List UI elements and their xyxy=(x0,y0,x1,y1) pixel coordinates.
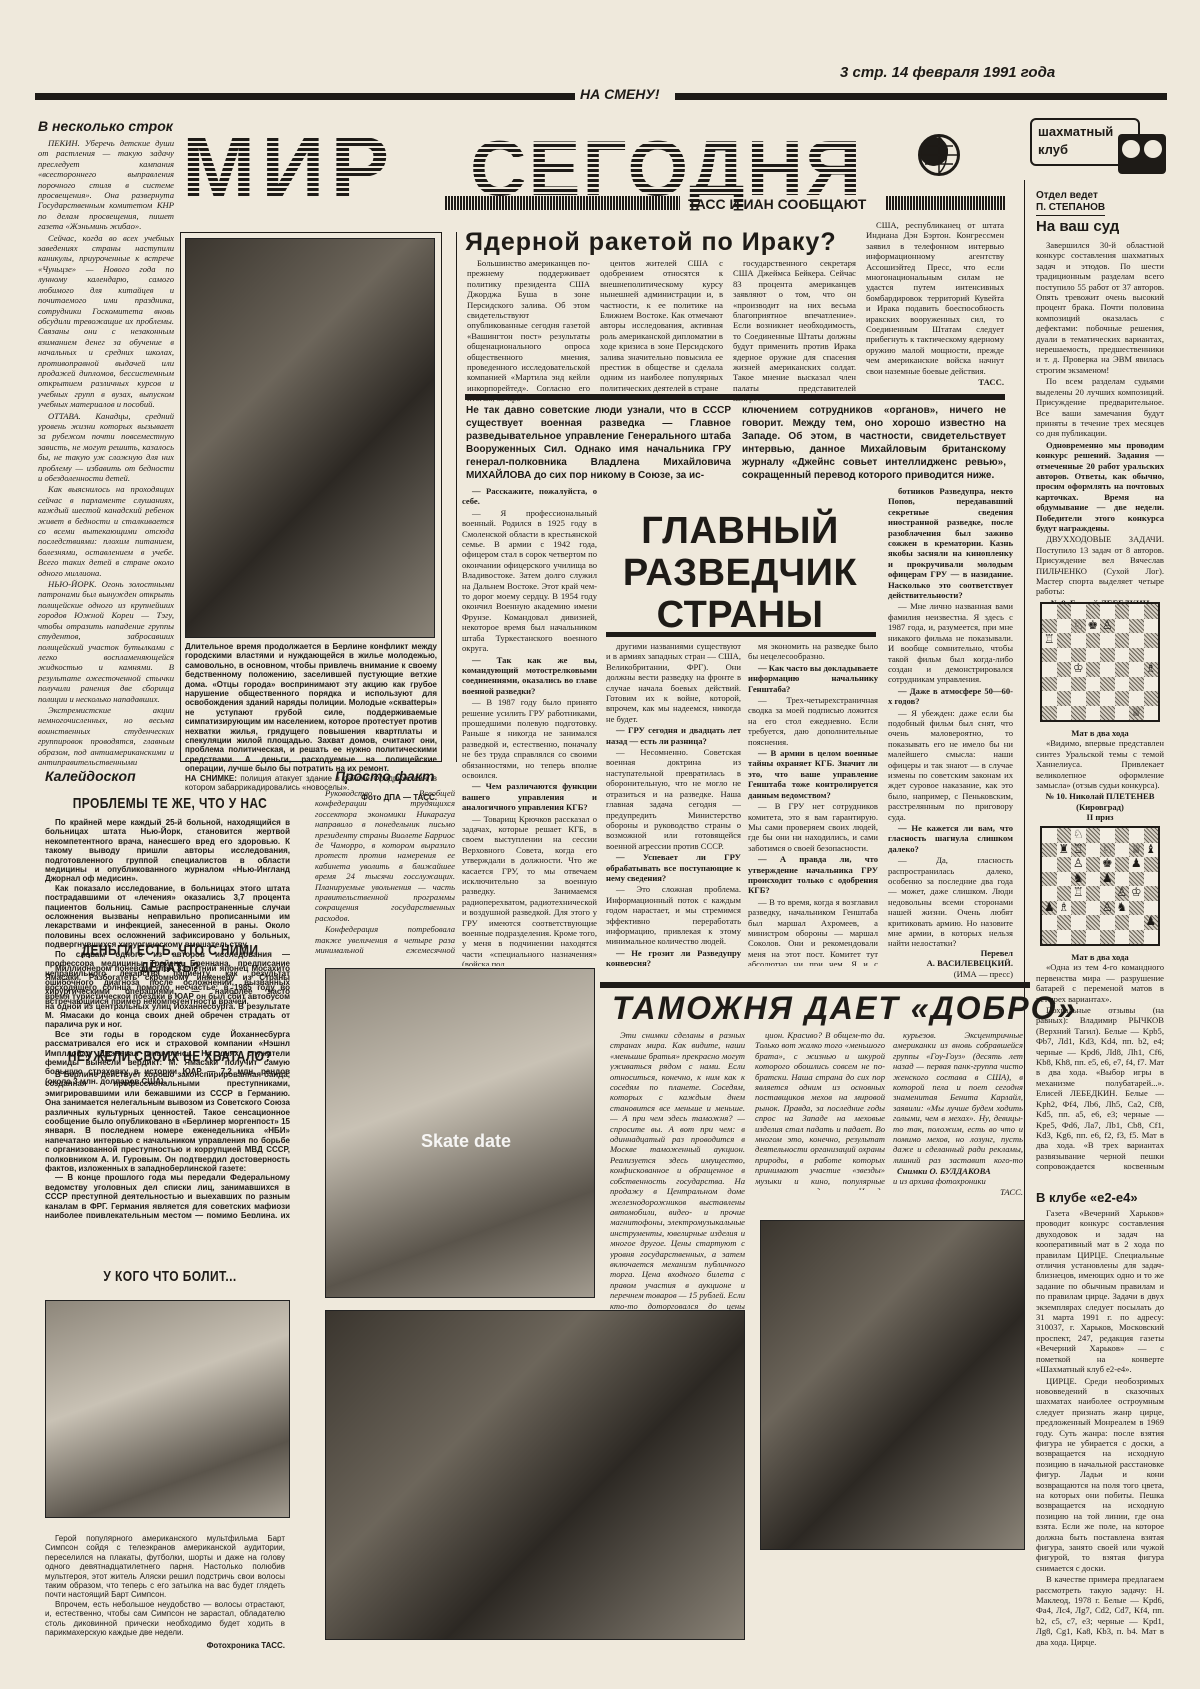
chess-square: ♔ xyxy=(1071,662,1086,677)
chess-square xyxy=(1129,691,1144,706)
chess-square xyxy=(1057,677,1072,692)
chess-square: ♜ xyxy=(1057,843,1072,858)
customs-col-1: Эти снимки сделаны в разных странах мира… xyxy=(610,1030,745,1350)
gru-headline: ГЛАВНЫЙ РАЗВЕДЧИК СТРАНЫ xyxy=(600,510,880,636)
chess-square xyxy=(1086,828,1101,843)
chess-square xyxy=(1042,872,1057,887)
chess-square xyxy=(1115,619,1130,634)
man-with-horse-photo xyxy=(325,1310,745,1640)
iraq-col-2: центов жителей США с одобрением относятс… xyxy=(600,258,723,394)
berlin-frame xyxy=(180,232,442,762)
chess-diagram-1: ♘♚♙♖♔♗♕ xyxy=(1040,602,1160,722)
chess-square: ♗ xyxy=(1144,662,1159,677)
chess-square xyxy=(1057,619,1072,634)
chess-square xyxy=(1144,604,1159,619)
woman-in-fur-photo xyxy=(760,1220,1025,1550)
kal-text-4: Герой популярного американского мультфил… xyxy=(45,1534,285,1651)
gru-col-3: мя экономить на разведке было бы нецелес… xyxy=(748,641,878,966)
chess-title: На ваш суд xyxy=(1036,218,1119,235)
chess-square xyxy=(1129,828,1144,843)
girl-with-chimp-photo: Skate date xyxy=(325,968,595,1298)
kal-text-2: Миллионером поневоле стал 33-летний япон… xyxy=(45,964,290,1086)
just-fact-title: Просто факт xyxy=(335,768,434,784)
customs-credit: Снимки О. БУЛДАКОВА и из архива фотохрон… xyxy=(893,1166,1023,1197)
gru-col-4: ботников Разведупра, некто Попов, переда… xyxy=(888,486,1013,946)
chess-square xyxy=(1071,633,1086,648)
chess-square xyxy=(1071,901,1086,916)
chess-square xyxy=(1057,930,1072,945)
chess-square xyxy=(1115,648,1130,663)
chess-square xyxy=(1115,857,1130,872)
chess-square xyxy=(1057,828,1072,843)
chess-square xyxy=(1115,828,1130,843)
kal-headline-3: НЕУЖЕЛИ СВОИХ НЕ ХВАТАЛО? xyxy=(58,1048,282,1065)
chess-square xyxy=(1129,648,1144,663)
chess-square xyxy=(1086,648,1101,663)
chess-square xyxy=(1071,930,1086,945)
chess-square xyxy=(1086,857,1101,872)
chess-square xyxy=(1071,648,1086,663)
chess-square xyxy=(1042,828,1057,843)
chess-square xyxy=(1042,843,1057,858)
customs-top-rule xyxy=(600,982,1030,988)
chess-editor-label: Отдел ведет xyxy=(1036,190,1098,201)
chess-square xyxy=(1071,706,1086,721)
chess-square xyxy=(1042,930,1057,945)
chess-square xyxy=(1042,915,1057,930)
chess-square xyxy=(1144,930,1159,945)
chess-square xyxy=(1129,677,1144,692)
chess-square: ♖ xyxy=(1071,886,1086,901)
chess-square: ♘ xyxy=(1071,619,1086,634)
iraq-col-1: Большинство американцев по-прежнему подд… xyxy=(467,258,590,405)
chess-square xyxy=(1042,857,1057,872)
chess-square xyxy=(1042,662,1057,677)
chess-square xyxy=(1057,857,1072,872)
page-info: 3 стр. 14 февраля 1991 года xyxy=(840,64,1055,81)
chess-square: ♖ xyxy=(1042,633,1057,648)
chess-square xyxy=(1057,691,1072,706)
kaleidoscope-title: Калейдоскоп xyxy=(45,768,136,784)
chess-square xyxy=(1100,828,1115,843)
kal-headline-1: ПРОБЛЕМЫ ТЕ ЖЕ, ЧТО У НАС xyxy=(58,795,282,812)
chess-square xyxy=(1071,604,1086,619)
chess-square: ♘ xyxy=(1071,828,1086,843)
column-divider xyxy=(456,232,457,762)
chess-square xyxy=(1100,930,1115,945)
chess-square xyxy=(1086,662,1101,677)
chess-square: ♕ xyxy=(1129,843,1144,858)
chess-square xyxy=(1144,901,1159,916)
subtitle-bar-left xyxy=(445,196,680,210)
gru-col-1: — Расскажите, пожалуйста, о себе. — Я пр… xyxy=(462,486,597,966)
chess-square xyxy=(1100,886,1115,901)
just-fact-text: Руководство Всеобщей конфедерации трудящ… xyxy=(315,788,455,958)
chess-square xyxy=(1144,857,1159,872)
chess-square xyxy=(1042,619,1057,634)
chess-square: ♟ xyxy=(1042,901,1057,916)
chess-square xyxy=(1129,901,1144,916)
customs-headline: ТАМОЖНЯ ДАЕТ «ДОБРО» xyxy=(612,990,1077,1027)
chess-square: ♟ xyxy=(1100,872,1115,887)
chess-square xyxy=(1042,691,1057,706)
chess-square xyxy=(1086,604,1101,619)
chess-square: ♝ xyxy=(1144,843,1159,858)
chess-square xyxy=(1071,677,1086,692)
chess-square xyxy=(1129,619,1144,634)
customs-col-3: курьезов. Эксцентричные американки из вн… xyxy=(893,1030,1023,1165)
chess-square xyxy=(1100,662,1115,677)
chess-square: ♖ xyxy=(1071,843,1086,858)
globe-icon xyxy=(918,134,960,176)
section-title-mir: МИР xyxy=(182,128,395,208)
chess-square xyxy=(1086,930,1101,945)
chess-square xyxy=(1057,706,1072,721)
chess-square xyxy=(1144,619,1159,634)
chess-square xyxy=(1115,872,1130,887)
column-divider xyxy=(1024,180,1025,1240)
chess-square xyxy=(1115,633,1130,648)
chess-square xyxy=(1057,604,1072,619)
briefs-title: В несколько строк xyxy=(38,118,173,134)
chess-square xyxy=(1144,872,1159,887)
chess-problem-1-text: Мат в два хода «Видимо, впервые представ… xyxy=(1036,728,1164,823)
gru-lead-left: Не так давно советские люди узнали, что … xyxy=(466,404,731,482)
chess-intro: Завершился 30-й областной конкурс состав… xyxy=(1036,240,1164,629)
chess-square: ♙ xyxy=(1115,886,1130,901)
header-rule-left xyxy=(35,93,575,100)
chess-square xyxy=(1057,648,1072,663)
chess-square xyxy=(1144,677,1159,692)
club-e2e4-text: Газета «Вечерний Харьков» проводит конку… xyxy=(1036,1208,1164,1648)
chess-square xyxy=(1086,886,1101,901)
chess-club-logo: шахматный клуб xyxy=(1030,118,1166,180)
gru-col-2: другими названиями существуют и в армиях… xyxy=(606,641,741,966)
chess-square: ♙ xyxy=(1100,901,1115,916)
chess-square xyxy=(1042,604,1057,619)
chess-square xyxy=(1115,706,1130,721)
chess-square xyxy=(1086,843,1101,858)
iraq-headline: Ядерной ракетой по Ираку? xyxy=(465,228,837,257)
chess-square xyxy=(1144,828,1159,843)
chess-square xyxy=(1086,691,1101,706)
chess-square xyxy=(1100,677,1115,692)
chess-square: ♗ xyxy=(1057,901,1072,916)
simpson-haircut-photo xyxy=(45,1300,290,1518)
chess-square: ♕ xyxy=(1129,706,1144,721)
chess-square: ♚ xyxy=(1100,857,1115,872)
chess-square xyxy=(1115,930,1130,945)
chess-square xyxy=(1100,604,1115,619)
paper-name: НА СМЕНУ! xyxy=(580,86,659,102)
chess-square xyxy=(1129,604,1144,619)
iraq-col-4: США, республиканец от штата Индиана Дэн … xyxy=(866,220,1004,388)
section-subtitle: ТАСС И ИАН СООБЩАЮТ xyxy=(688,196,866,212)
chess-square: ♙ xyxy=(1071,857,1086,872)
chess-square: ♘ xyxy=(1100,843,1115,858)
chess-square xyxy=(1115,662,1130,677)
chess-square: ♙ xyxy=(1100,619,1115,634)
chess-square xyxy=(1129,872,1144,887)
chess-square xyxy=(1100,691,1115,706)
chess-editor-name: П. СТЕПАНОВ xyxy=(1036,202,1105,216)
chess-square xyxy=(1057,886,1072,901)
chess-square xyxy=(1129,930,1144,945)
chess-square xyxy=(1057,872,1072,887)
chess-square xyxy=(1086,706,1101,721)
chess-square xyxy=(1086,872,1101,887)
chess-square xyxy=(1086,677,1101,692)
chess-square xyxy=(1115,677,1130,692)
kal-headline-4: У КОГО ЧТО БОЛИТ... xyxy=(58,1268,282,1285)
chess-square xyxy=(1071,691,1086,706)
kal-text-3: В Берлине действует хорошо законспириров… xyxy=(45,1070,290,1218)
chess-square: ♞ xyxy=(1071,872,1086,887)
chess-square xyxy=(1129,915,1144,930)
chess-square: ♟ xyxy=(1129,857,1144,872)
chess-square xyxy=(1057,662,1072,677)
chess-square xyxy=(1100,706,1115,721)
chess-square: ♔ xyxy=(1129,886,1144,901)
chess-square xyxy=(1100,915,1115,930)
chess-square xyxy=(1042,706,1057,721)
chess-square xyxy=(1115,604,1130,619)
chess-diagram-2: ♘♜♖♘♕♝♙♚♟♞♟♖♙♔♟♗♙♞♟ xyxy=(1040,826,1160,946)
chess-square: ♚ xyxy=(1086,619,1101,634)
chess-square: ♟ xyxy=(1144,915,1159,930)
chess-square xyxy=(1042,886,1057,901)
chess-square xyxy=(1086,915,1101,930)
chess-square xyxy=(1042,677,1057,692)
iraq-rule xyxy=(465,394,1005,400)
iraq-col-3: государственного секретаря США Джеймса Б… xyxy=(733,258,856,405)
chess-square xyxy=(1129,633,1144,648)
header-rule-right xyxy=(675,93,1167,100)
chess-square xyxy=(1115,915,1130,930)
chess-square xyxy=(1115,691,1130,706)
chess-square: ♞ xyxy=(1115,901,1130,916)
gru-translator: Перевел А. ВАСИЛЕВЕЦКИЙ. (ИМА — пресс) xyxy=(888,948,1013,979)
club-e2e4-title: В клубе «е2-е4» xyxy=(1036,1190,1138,1205)
chess-square xyxy=(1086,901,1101,916)
chess-square xyxy=(1144,706,1159,721)
chess-square xyxy=(1144,886,1159,901)
customs-col-2: цион. Красиво? В общем-то да. Только вот… xyxy=(755,1030,885,1190)
chess-square xyxy=(1144,691,1159,706)
gru-headline-rule xyxy=(606,632,876,637)
chess-square xyxy=(1057,633,1072,648)
gru-lead-right: ключением сотрудников «органов», ничего … xyxy=(742,404,1006,482)
chess-square xyxy=(1086,633,1101,648)
chess-square xyxy=(1144,648,1159,663)
chess-square xyxy=(1115,843,1130,858)
chess-square xyxy=(1042,648,1057,663)
chess-square xyxy=(1144,633,1159,648)
subtitle-bar-right xyxy=(886,196,1006,210)
briefs-text: ПЕКИН. Уберечь детские души от растления… xyxy=(38,138,174,768)
chess-square xyxy=(1100,648,1115,663)
chess-clock-icon xyxy=(1118,134,1166,174)
chess-square xyxy=(1071,915,1086,930)
chess-square xyxy=(1057,915,1072,930)
chess-problem-2-text: Мат в два хода «Одна из тем 4-го командн… xyxy=(1036,952,1164,1172)
chess-square xyxy=(1129,662,1144,677)
chess-square xyxy=(1100,633,1115,648)
